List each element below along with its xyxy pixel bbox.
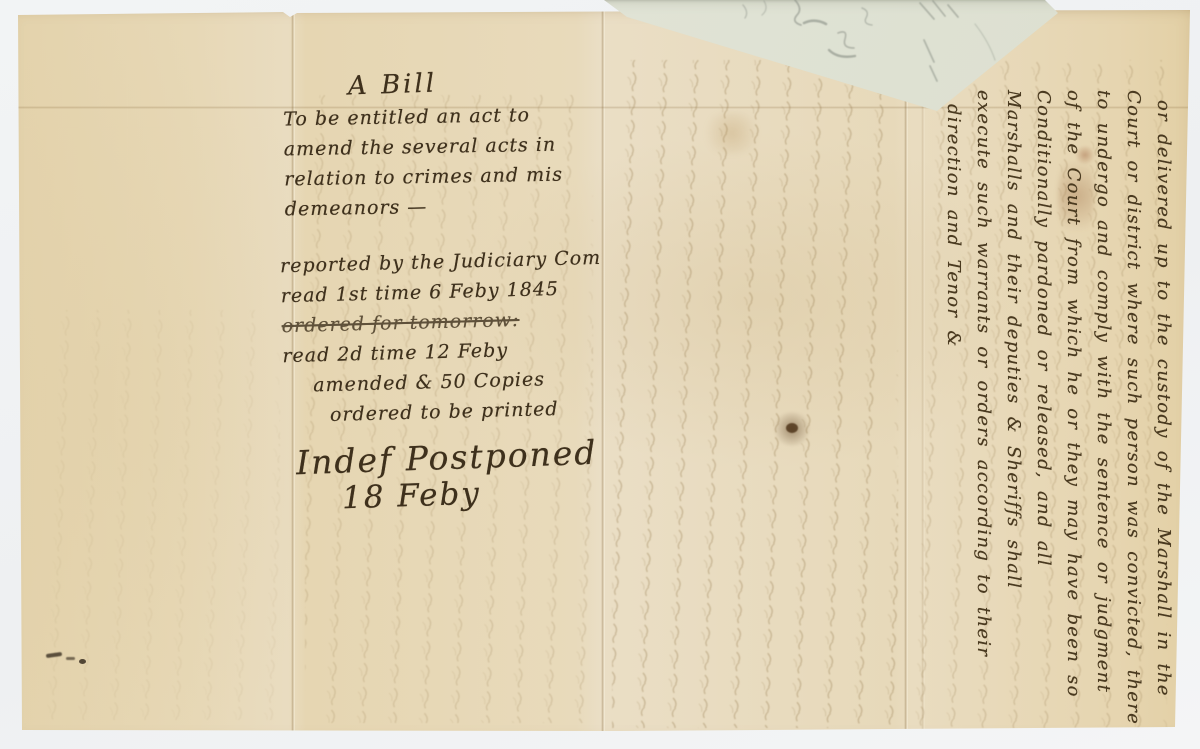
bill-title: A Bill	[348, 68, 438, 101]
ink-stain-core	[786, 423, 798, 433]
ink-speck-3	[79, 659, 86, 664]
verso-line: to undergo and comply with the sentence …	[1088, 90, 1118, 740]
verso-line: of the Court from which he or they may h…	[1058, 90, 1088, 740]
verso-line: or delivered up to the custody of the Ma…	[1148, 90, 1178, 740]
caption-line: relation to crimes and mis	[284, 160, 563, 195]
verso-text-block: or delivered up to the custody of the Ma…	[938, 90, 1178, 740]
document-paper: A Bill To be entitled an act to amend th…	[0, 0, 1200, 749]
verso-line: direction and Tenor &	[938, 90, 968, 740]
manuscript-scan-background: A Bill To be entitled an act to amend th…	[0, 0, 1200, 749]
postponed-date: 18 Feby	[341, 476, 481, 517]
bill-caption: To be entitled an act to amend the sever…	[283, 100, 564, 225]
stain-top-middle	[700, 112, 764, 154]
caption-line: amend the several acts in	[283, 130, 562, 165]
caption-line: To be entitled an act to	[283, 100, 562, 135]
docket-notes: reported by the Judiciary Com read 1st t…	[280, 243, 606, 431]
verso-line: execute such warrants or orders accordin…	[968, 90, 998, 740]
verso-line: Conditionally pardoned or released, and …	[1028, 90, 1058, 740]
caption-line: demeanors —	[285, 190, 564, 225]
verso-line: Court or district where such person was …	[1118, 90, 1148, 740]
ink-speck-2	[66, 657, 75, 660]
verso-line: Marshalls and their deputies & Sheriffs …	[998, 90, 1028, 740]
